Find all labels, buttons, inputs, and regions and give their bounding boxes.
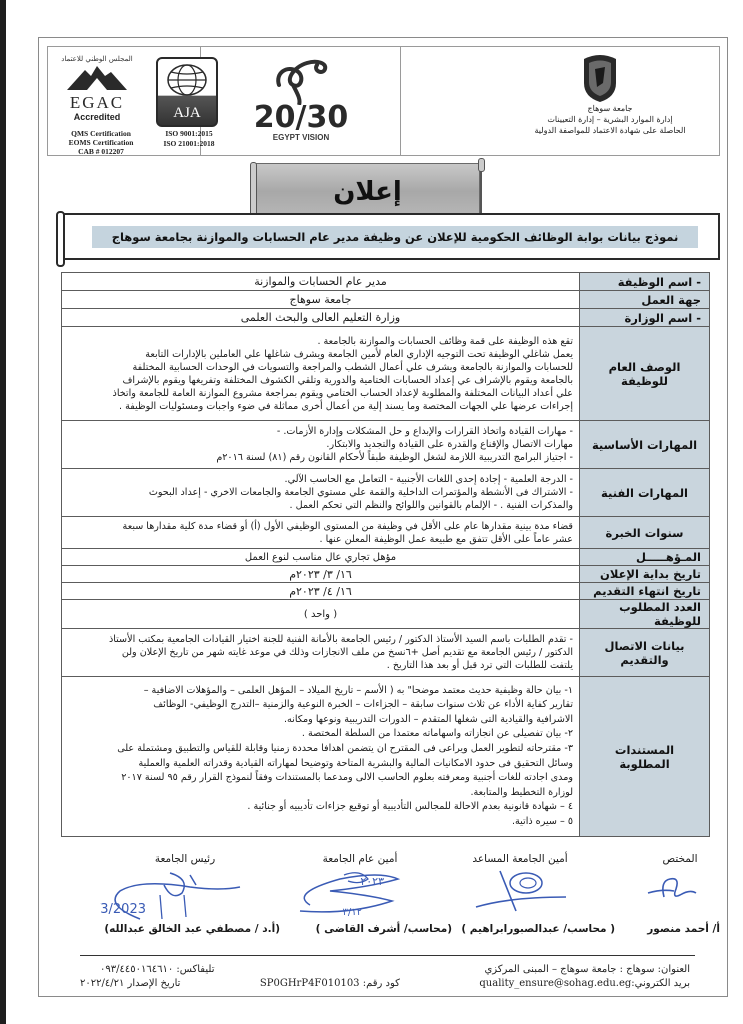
text-line: ٥ – سيره ذاتية. bbox=[68, 815, 573, 830]
text-line: - مهارات القيادة واتخاذ القرارات والإبدا… bbox=[68, 425, 573, 438]
signature-name: أ/ أحمد منصور bbox=[647, 923, 720, 935]
text-line: للحسابات والموازنة بالجامعة ويشرف علي أع… bbox=[68, 361, 573, 374]
row-label: المستندات المطلوبة bbox=[580, 677, 710, 837]
announcement-banner: إعلان bbox=[255, 163, 480, 220]
vision-subtitle: EGYPT VISION bbox=[241, 133, 361, 142]
employer-value: جامعة سوهاج bbox=[62, 291, 580, 309]
qualification-value: مؤهل تجاري عال مناسب لنوع العمل bbox=[62, 549, 580, 566]
core-skills-value: - مهارات القيادة واتخاذ القرارات والإبدا… bbox=[62, 421, 580, 469]
university-header: جامعة سوهاج إدارة الموارد البشرية – إدار… bbox=[401, 46, 720, 156]
table-row: - اسم الوزارة وزارة التعليم العالى والبح… bbox=[62, 309, 710, 327]
start-date-value: ١٦/ ٣/ ٢٠٢٣م bbox=[62, 566, 580, 583]
text-line: - اجتياز البرامج التدريبية اللازمة لشغل … bbox=[68, 451, 573, 464]
text-line: والمذكرات الفنية . - الإلمام بالقوانين و… bbox=[68, 499, 573, 512]
row-label: - اسم الوظيفة bbox=[580, 273, 710, 291]
end-date-value: ١٦/ ٤/ ٢٠٢٣م bbox=[62, 583, 580, 600]
signature-specialist: المختص bbox=[640, 853, 720, 865]
text-line: بالجامعة ويقوم بالإشراف عي إعداد الحسابا… bbox=[68, 374, 573, 387]
handwritten-date: 12/3/2023 bbox=[100, 902, 146, 917]
row-label: الوصف العام للوظيفة bbox=[580, 327, 710, 421]
signature-name: (محاسب/ أشرف القاضى ) bbox=[316, 923, 452, 935]
table-row: بيانات الاتصال والتقديم - تقدم الطلبات ب… bbox=[62, 629, 710, 677]
scan-edge bbox=[0, 0, 6, 1024]
certification-logos: المجلس الوطني للاعتماد EGAC Accredited Q… bbox=[47, 46, 201, 156]
mountain-icon bbox=[67, 64, 127, 90]
signature-title: المختص bbox=[640, 853, 720, 865]
sohag-university-emblem-icon bbox=[581, 53, 619, 103]
signatures-block: المختص أ/ أحمد منصور أمين الجامعة المساع… bbox=[70, 853, 720, 943]
table-row: العدد المطلوب للوظيفة ( واحد ) bbox=[62, 600, 710, 629]
technical-skills-value: - الدرجة العلمية - إجادة إحدى اللغات الأ… bbox=[62, 469, 580, 517]
scroll-roll bbox=[478, 158, 485, 172]
table-row: المـؤهـــــل مؤهل تجاري عال مناسب لنوع ا… bbox=[62, 549, 710, 566]
table-row: جهة العمل جامعة سوهاج bbox=[62, 291, 710, 309]
row-label: تاريخ انتهاء التقديم bbox=[580, 583, 710, 600]
signature-name: ( محاسب/ عبدالصبورابراهيم ) bbox=[461, 923, 615, 935]
row-label: سنوات الخبرة bbox=[580, 517, 710, 549]
text-line: ٣- مقترحاته لتطوير العمل ويراعى فى المقت… bbox=[68, 742, 573, 757]
form-subtitle: نموذج بيانات بوابة الوظائف الحكومية للإع… bbox=[112, 230, 679, 244]
text-line: ١- بيان حالة وظيفية حديث معتمد موضحا" به… bbox=[68, 684, 573, 699]
vision-swirl-icon bbox=[271, 55, 331, 105]
table-row: تاريخ بداية الإعلان ١٦/ ٣/ ٢٠٢٣م bbox=[62, 566, 710, 583]
row-label: بيانات الاتصال والتقديم bbox=[580, 629, 710, 677]
row-label: العدد المطلوب للوظيفة bbox=[580, 600, 710, 629]
text-line: - تقدم الطلبات باسم السيد الأستاذ الدكتو… bbox=[68, 633, 573, 646]
cert-line: CAB # 012207 bbox=[54, 147, 148, 156]
count-value: ( واحد ) bbox=[62, 600, 580, 629]
text-line: ٤ – شهادة قانونية بعدم الاحالة للمجالس ا… bbox=[68, 800, 573, 815]
documents-value: ١- بيان حالة وظيفية حديث معتمد موضحا" به… bbox=[62, 677, 580, 837]
table-row: - اسم الوظيفة مدير عام الحسابات والموازن… bbox=[62, 273, 710, 291]
egac-cert-lines: QMS Certification EOMS Certification CAB… bbox=[54, 129, 148, 156]
university-name: جامعة سوهاج bbox=[515, 103, 705, 114]
text-line: إجراءات عرضها علي الجهات المختصة وما يسن… bbox=[68, 400, 573, 413]
footer-code: كود رقم: SP0GHrP4F010103 bbox=[260, 977, 400, 991]
text-line: مهارات الاتصال والإقناع والقدرة على القي… bbox=[68, 438, 573, 451]
footer-phone: تليفاكس: ٠٩٣/٤٤٥٠١٦٤٦١٠ bbox=[100, 963, 214, 977]
signature-name: (أ.د / مصطفي عبد الخالق عبدالله) bbox=[104, 923, 280, 935]
table-row: سنوات الخبرة قضاء مدة بينية مقدارها عام … bbox=[62, 517, 710, 549]
text-line: - الدرجة العلمية - إجادة إحدى اللغات الأ… bbox=[68, 473, 573, 486]
row-label: المهارات الأساسية bbox=[580, 421, 710, 469]
row-label: المهارات الفنية bbox=[580, 469, 710, 517]
handwritten-year: ٢٠٢٣ bbox=[360, 875, 384, 888]
table-row: تاريخ انتهاء التقديم ١٦/ ٤/ ٢٠٢٣م bbox=[62, 583, 710, 600]
text-line: ٢- بيان تفصيلى عن انجازاته واسهاماته معت… bbox=[68, 727, 573, 742]
footer-email[interactable]: بريد الكتروني:quality_ensure@sohag.edu.e… bbox=[479, 977, 690, 991]
text-line: يعمل شاغلي الوظيفة تحت التوجيه الإداري ا… bbox=[68, 348, 573, 361]
egac-logo: المجلس الوطني للاعتماد EGAC Accredited bbox=[58, 55, 136, 122]
accreditation-note: الحاصلة على شهادة الاعتماد للمواصفة الدو… bbox=[515, 125, 705, 136]
contact-value: - تقدم الطلبات باسم السيد الأستاذ الدكتو… bbox=[62, 629, 580, 677]
text-line: يلتفت للطلبات التي ترد قبل أو بعد هذا ال… bbox=[68, 659, 573, 672]
table-row: المهارات الفنية - الدرجة العلمية - إجادة… bbox=[62, 469, 710, 517]
job-details-table: - اسم الوظيفة مدير عام الحسابات والموازن… bbox=[61, 272, 710, 837]
signature-title: رئيس الجامعة bbox=[120, 853, 250, 865]
document-header: المجلس الوطني للاعتماد EGAC Accredited Q… bbox=[47, 46, 720, 156]
signature-scribble-icon bbox=[470, 867, 570, 913]
ministry-value: وزارة التعليم العالى والبحث العلمى bbox=[62, 309, 580, 327]
row-label: المـؤهـــــل bbox=[580, 549, 710, 566]
signature-scribble-icon: 12/3/2023 bbox=[100, 865, 250, 921]
table-row: المهارات الأساسية - مهارات القيادة واتخا… bbox=[62, 421, 710, 469]
document-footer: العنوان: سوهاج : جامعة سوهاج – المبنى ال… bbox=[80, 963, 690, 991]
footer-row: العنوان: سوهاج : جامعة سوهاج – المبنى ال… bbox=[80, 963, 690, 977]
signature-title: أمين عام الجامعة bbox=[300, 853, 420, 865]
scroll-roll bbox=[56, 211, 65, 267]
text-line: علي أعداد البيانات المختلفة والمطلوبة لإ… bbox=[68, 387, 573, 400]
text-line: تقارير كفاية الأداء عن ثلاث سنوات سابقة … bbox=[68, 698, 573, 713]
signature-scribble-icon bbox=[644, 871, 700, 905]
footer-row: بريد الكتروني:quality_ensure@sohag.edu.e… bbox=[80, 977, 690, 991]
university-lines: جامعة سوهاج إدارة الموارد البشرية – إدار… bbox=[515, 103, 705, 136]
table-row: الوصف العام للوظيفة تقع هذه الوظيفة على … bbox=[62, 327, 710, 421]
text-line: لوزارة التخطيط والمتابعة. bbox=[68, 786, 573, 801]
table-row: المستندات المطلوبة ١- بيان حالة وظيفية ح… bbox=[62, 677, 710, 837]
vision-year: 20/30 bbox=[241, 103, 361, 133]
announcement-title: إعلان bbox=[333, 177, 402, 207]
signature-title: أمين الجامعة المساعد bbox=[460, 853, 580, 865]
row-label: - اسم الوزارة bbox=[580, 309, 710, 327]
signature-scribble-icon: ٢٠٢٣ ٣/١٢ bbox=[280, 865, 430, 919]
description-value: تقع هذه الوظيفة على قمة وظائف الحسابات و… bbox=[62, 327, 580, 421]
text-line: الاشرافية والقيادية التى شغلها المتقدم –… bbox=[68, 713, 573, 728]
egac-name: EGAC bbox=[58, 94, 136, 112]
egac-arabic-name: المجلس الوطني للاعتماد bbox=[58, 55, 136, 63]
subtitle-band: نموذج بيانات بوابة الوظائف الحكومية للإع… bbox=[92, 226, 698, 248]
text-line: تقع هذه الوظيفة على قمة وظائف الحسابات و… bbox=[68, 335, 573, 348]
cert-line: QMS Certification bbox=[54, 129, 148, 138]
footer-issue-date: تاريخ الإصدار ٢٠٢٢/٤/٢١ bbox=[80, 977, 180, 991]
subtitle-scroll: نموذج بيانات بوابة الوظائف الحكومية للإع… bbox=[60, 213, 720, 260]
text-line: عشر عاماً على الأقل تتفق مع طبيعة عمل ال… bbox=[68, 533, 573, 546]
footer-address: العنوان: سوهاج : جامعة سوهاج – المبنى ال… bbox=[484, 963, 690, 977]
experience-value: قضاء مدة بينية مقدارها عام على الأقل في … bbox=[62, 517, 580, 549]
text-line: ومدى اجادته للغات أجنبية ومعرفته بعلوم ا… bbox=[68, 771, 573, 786]
signature-assistant-secretary: أمين الجامعة المساعد bbox=[460, 853, 580, 865]
footer-divider bbox=[80, 955, 695, 956]
signature-secretary-general: أمين عام الجامعة bbox=[300, 853, 420, 865]
text-line: - الاشتراك فى الأنشطة والمؤتمرات الداخلي… bbox=[68, 486, 573, 499]
cert-line: EOMS Certification bbox=[54, 138, 148, 147]
handwritten-day: ٣/١٢ bbox=[343, 907, 362, 918]
egac-accredited: Accredited bbox=[58, 112, 136, 122]
row-label: جهة العمل bbox=[580, 291, 710, 309]
job-name-value: مدير عام الحسابات والموازنة bbox=[62, 273, 580, 291]
row-label: تاريخ بداية الإعلان bbox=[580, 566, 710, 583]
signature-president: رئيس الجامعة bbox=[120, 853, 250, 865]
text-line: الدكتور / رئيس الجامعة مع تقديم أصل +٦نس… bbox=[68, 646, 573, 659]
text-line: وسائل التحقيق فى حدود الامكانيات المالية… bbox=[68, 757, 573, 772]
text-line: قضاء مدة بينية مقدارها عام على الأقل في … bbox=[68, 520, 573, 533]
egypt-vision-logo: 20/30 EGYPT VISION bbox=[201, 46, 401, 156]
department-name: إدارة الموارد البشرية – إدارة التعيينات bbox=[515, 114, 705, 125]
